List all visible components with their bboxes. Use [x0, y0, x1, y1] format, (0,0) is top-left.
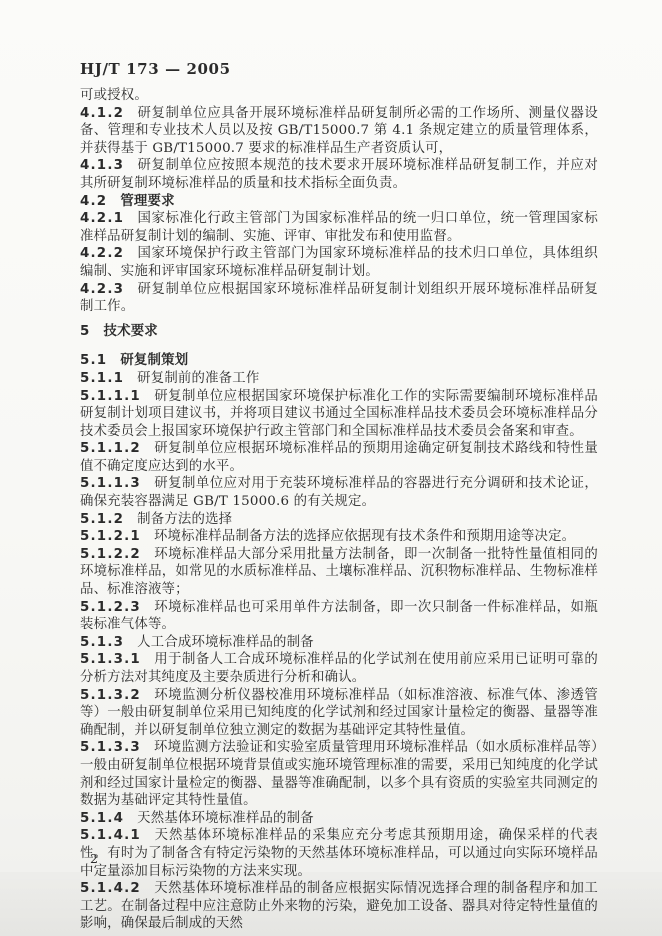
clause-number: 5.1.4	[80, 811, 124, 826]
clause-5-1-1-1: 5.1.1.1研复制单位应根据国家环境保护标准化工作的实际需要编制环境标准样品研…	[80, 388, 598, 441]
clause-text: 环境标准样品制备方法的选择应依据现有技术条件和预期用途等决定。	[154, 529, 575, 544]
clause-5-1-4: 5.1.4天然基体环境标准样品的制备	[80, 810, 598, 828]
clause-number: 5.1.1.2	[80, 441, 141, 456]
clause-5-1-1-3: 5.1.1.3研复制单位应对用于充装环境标准样品的容器进行充分调研和技术论证，确…	[80, 475, 598, 510]
text-column: HJ/T 173 — 2005 可或授权。4.1.2研复制单位应具备开展环境标准…	[80, 60, 598, 933]
clause-number: 4.2	[80, 194, 107, 209]
clause-number: 5.1	[80, 353, 107, 368]
clause-4-2: 4.2管理要求	[80, 193, 598, 211]
clause-text: 环境监测分析仪器校准用环境标准样品（如标准溶液、标准气体、渗透管等）一般由研复制…	[80, 688, 598, 738]
clause-text: 研复制单位应具备开展环境标准样品研复制所必需的工作场所、测量仪器设备、管理和专业…	[80, 106, 598, 156]
clause-number: 5.1.3.2	[80, 688, 141, 703]
clause-text: 可或授权。	[80, 88, 148, 103]
clause-text: 研复制策划	[120, 352, 188, 368]
clause-5-1-2-2: 5.1.2.2环境标准样品大部分采用批量方法制备，即一次制备一批特性量值相同的环…	[80, 546, 598, 599]
clause-number: 5.1.2.1	[80, 529, 141, 544]
clause-5-1-4-1: 5.1.4.1天然基体环境标准样品的采集应充分考虑其预期用途，确保采样的代表性。…	[80, 827, 598, 880]
clause-number: 5.1.3	[80, 635, 124, 650]
clause-number: 5.1.4.1	[80, 828, 141, 843]
clause-5-1-2: 5.1.2制备方法的选择	[80, 511, 598, 529]
clause-5-1-3-1: 5.1.3.1用于制备人工合成环境标准样品的化学试剂在使用前应采用已证明可靠的分…	[80, 651, 598, 686]
clause-text: 环境监测方法验证和实验室质量管理用环境标准样品（如水质标准样品等）一般由研复制单…	[80, 740, 598, 808]
standard-code-header: HJ/T 173 — 2005	[80, 60, 598, 78]
clause-number: 4.2.3	[80, 282, 124, 297]
clause-number: 5.1.4.2	[80, 881, 141, 896]
clause-number: 5.1.3.1	[80, 652, 141, 667]
clause-text: 管理要求	[120, 193, 174, 209]
clause-number: 4.1.3	[80, 158, 124, 173]
clause-text: 天然基体环境标准样品的制备	[137, 811, 314, 826]
clause-number: 4.1.2	[80, 106, 124, 121]
clause-number: 5.1.1	[80, 371, 124, 386]
clause-5-1-3: 5.1.3人工合成环境标准样品的制备	[80, 634, 598, 652]
clause-number: 5.1.3.3	[80, 740, 141, 755]
scanned-document-page: HJ/T 173 — 2005 可或授权。4.1.2研复制单位应具备开展环境标准…	[0, 0, 662, 936]
clause-text: 研复制单位应根据国家环境标准样品研复制计划组织开展环境标准样品研复制工作。	[80, 282, 598, 315]
clause-5-1-1: 5.1.1研复制前的准备工作	[80, 370, 598, 388]
clause-4-2-1: 4.2.1国家标准化行政主管部门为国家标准样品的统一归口单位，统一管理国家标准样…	[80, 210, 598, 245]
clause-text: 研复制单位应对用于充装环境标准样品的容器进行充分调研和技术论证，确保充装容器满足…	[80, 476, 598, 509]
page-number: 2	[90, 851, 98, 866]
clause-5-1-3-3: 5.1.3.3环境监测方法验证和实验室质量管理用环境标准样品（如水质标准样品等）…	[80, 739, 598, 809]
clause-5: 5技术要求	[80, 323, 598, 341]
clause-text: 国家标准化行政主管部门为国家标准样品的统一归口单位，统一管理国家标准样品研复制计…	[80, 211, 598, 244]
clause-5-1-3-2: 5.1.3.2环境监测分析仪器校准用环境标准样品（如标准溶液、标准气体、渗透管等…	[80, 687, 598, 740]
clause-text: 国家环境保护行政主管部门为国家环境标准样品的技术归口单位，具体组织编制、实施和评…	[80, 246, 598, 279]
clause-text: 天然基体环境标准样品的采集应充分考虑其预期用途，确保采样的代表性。有时为了制备含…	[80, 828, 598, 878]
clause-text: 环境标准样品大部分采用批量方法制备，即一次制备一批特性量值相同的环境标准样品，如…	[80, 547, 598, 597]
clause-4-2-2: 4.2.2国家环境保护行政主管部门为国家环境标准样品的技术归口单位，具体组织编制…	[80, 245, 598, 280]
clause-number: 5.1.1.3	[80, 476, 141, 491]
clause-text: 研复制单位应按照本规范的技术要求开展环境标准样品研复制工作，并应对其所研复制环境…	[80, 158, 598, 191]
document-body: 可或授权。4.1.2研复制单位应具备开展环境标准样品研复制所必需的工作场所、测量…	[80, 87, 598, 933]
clause-number: 4.2.1	[80, 211, 124, 226]
clause-text: 制备方法的选择	[137, 512, 232, 527]
clause-number: 5.1.1.1	[80, 389, 141, 404]
clause-5-1-2-3: 5.1.2.3环境标准样品也可采用单件方法制备，即一次只制备一件标准样品，如瓶装…	[80, 599, 598, 634]
clause-number: 5	[80, 324, 91, 339]
clause-number: 4.2.2	[80, 246, 124, 261]
clause-text: 研复制单位应根据国家环境保护标准化工作的实际需要编制环境标准样品研复制计划项目建…	[80, 389, 598, 439]
clause-number: 5.1.2	[80, 512, 124, 527]
clause-text: 技术要求	[104, 323, 158, 339]
clause-4-2-3: 4.2.3研复制单位应根据国家环境标准样品研复制计划组织开展环境标准样品研复制工…	[80, 281, 598, 316]
clause-text: 研复制前的准备工作	[137, 371, 259, 386]
paragraph: 可或授权。	[80, 87, 598, 105]
clause-4-1-3: 4.1.3研复制单位应按照本规范的技术要求开展环境标准样品研复制工作，并应对其所…	[80, 157, 598, 192]
clause-text: 用于制备人工合成环境标准样品的化学试剂在使用前应采用已证明可靠的分析方法对其纯度…	[80, 652, 598, 685]
clause-5-1-2-1: 5.1.2.1环境标准样品制备方法的选择应依据现有技术条件和预期用途等决定。	[80, 528, 598, 546]
clause-5-1-1-2: 5.1.1.2研复制单位应根据环境标准样品的预期用途确定研复制技术路线和特性量值…	[80, 440, 598, 475]
clause-5-1-4-2: 5.1.4.2天然基体环境标准样品的制备应根据实际情况选择合理的制备程序和加工工…	[80, 880, 598, 933]
clause-text: 研复制单位应根据环境标准样品的预期用途确定研复制技术路线和特性量值不确定度应达到…	[80, 441, 598, 474]
clause-5-1: 5.1研复制策划	[80, 352, 598, 370]
clause-text: 人工合成环境标准样品的制备	[137, 635, 314, 650]
clause-text: 环境标准样品也可采用单件方法制备，即一次只制备一件标准样品，如瓶装标准气体等。	[80, 600, 598, 633]
clause-text: 天然基体环境标准样品的制备应根据实际情况选择合理的制备程序和加工工艺。在制备过程…	[80, 881, 598, 931]
clause-4-1-2: 4.1.2研复制单位应具备开展环境标准样品研复制所必需的工作场所、测量仪器设备、…	[80, 105, 598, 158]
clause-number: 5.1.2.3	[80, 600, 141, 615]
clause-number: 5.1.2.2	[80, 547, 141, 562]
